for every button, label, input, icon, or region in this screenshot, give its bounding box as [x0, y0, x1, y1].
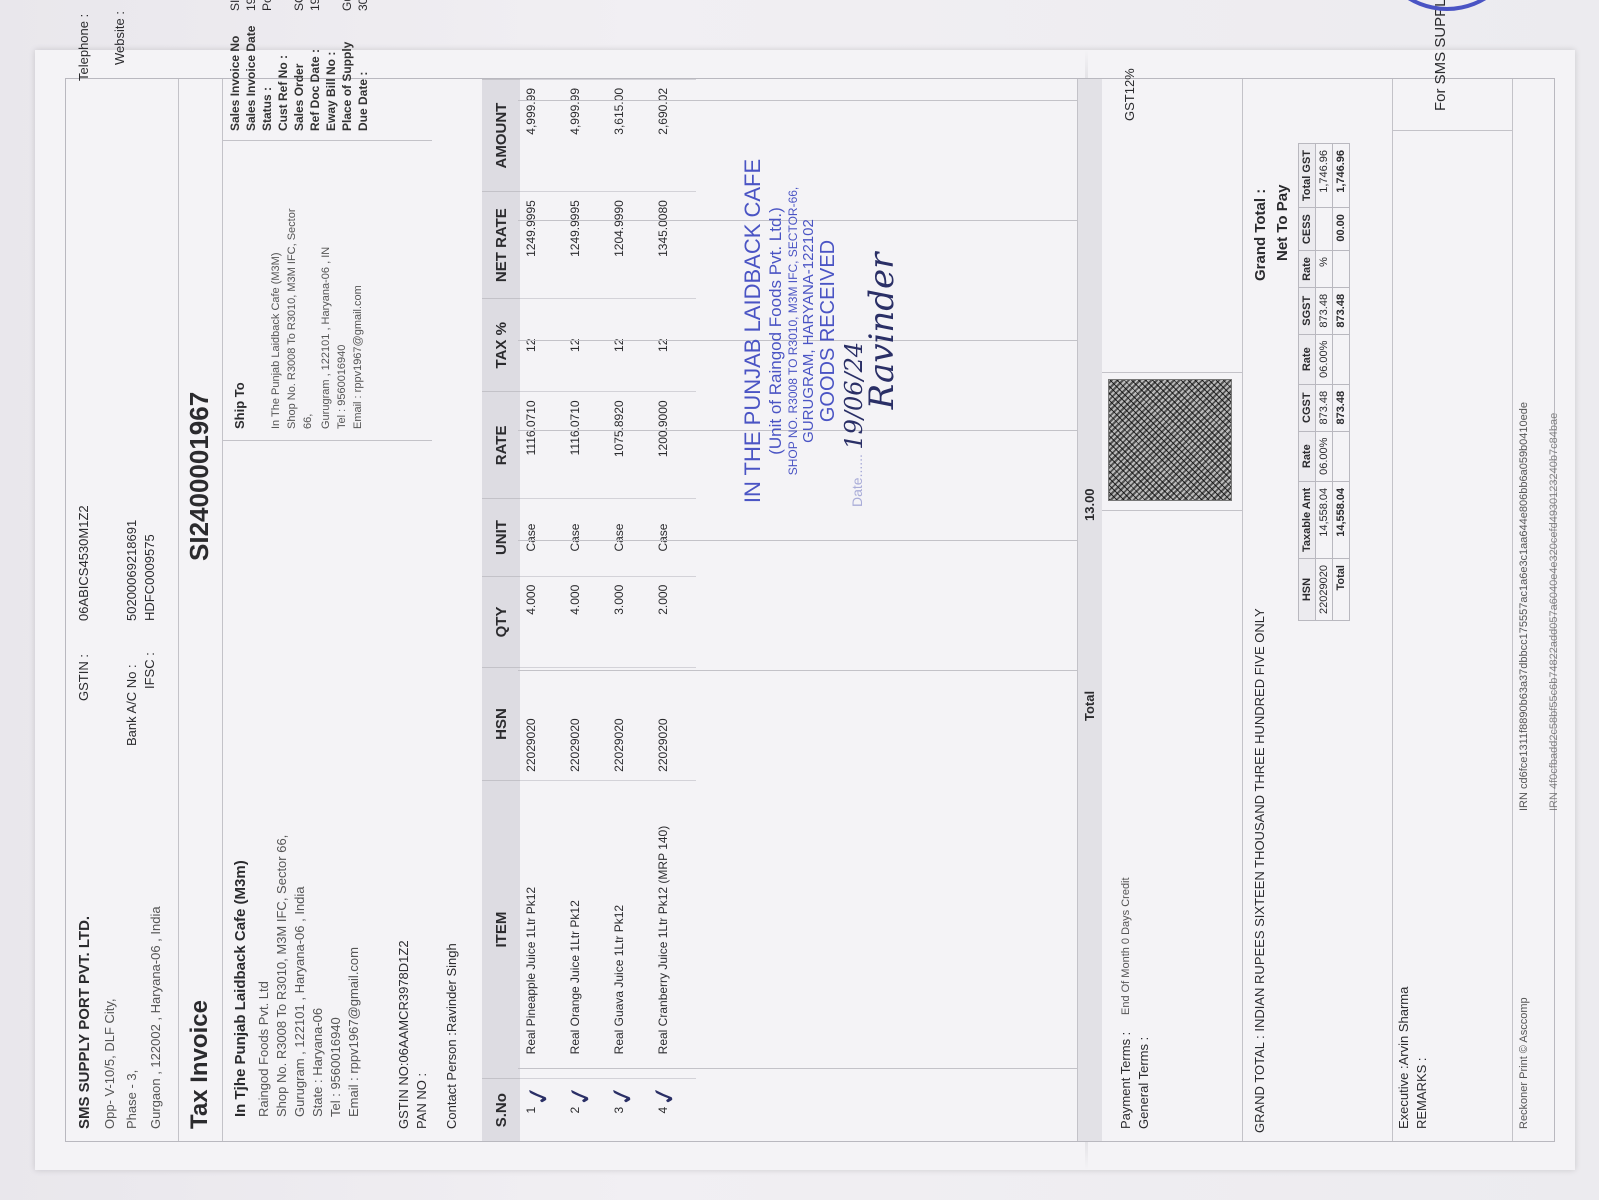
cell-item: Real Cranberry Juice 1Ltr Pk12 (MRP 140)	[652, 780, 696, 1079]
meta-label: Eway Bill No :	[324, 11, 340, 131]
bill-to-email: Email : rppv1967@gmail.com	[346, 947, 361, 1117]
gst-breakup-table: HSNTaxable AmtRateCGSTRateSGSTRateCESSTo…	[1298, 143, 1350, 621]
invoice-frame: SMS SUPPLY PORT PVT. LTD. Opp- V-10/5, D…	[65, 78, 1555, 1142]
invoice-meta-row: Sales OrderSO2406001224	[292, 0, 308, 131]
ship-to-address-1: Shop No. R3008 To R3010, M3M IFC, Sector	[286, 208, 298, 429]
cell-unit: Case	[564, 499, 608, 576]
bill-to-address: Shop No. R3008 To R3010, M3M IFC, Sector…	[274, 835, 289, 1117]
invoice-paper: SMS SUPPLY PORT PVT. LTD. Opp- V-10/5, D…	[35, 50, 1575, 1170]
cell-hsn: 22029020	[564, 668, 608, 781]
terms-section: Payment Terms : End Of Month 0 Days Cred…	[1102, 79, 1243, 1141]
cell-tax: 12	[564, 299, 608, 392]
table-row: 4Real Cranberry Juice 1Ltr Pk12 (MRP 140…	[652, 80, 696, 1142]
gst-cell: 22029020	[1316, 559, 1333, 621]
cell-net-rate: 1345.0080	[652, 192, 696, 299]
gst-total-cell: 14,558.04	[1333, 481, 1350, 558]
gst-total-cell: 873.48	[1333, 384, 1350, 431]
seller-name: SMS SUPPLY PORT PVT. LTD.	[76, 916, 93, 1129]
payment-terms-value: End Of Month 0 Days Credit	[1120, 877, 1132, 1015]
stamp-line-2: (Unit of Raingod Foods Pvt. Ltd.)	[766, 141, 786, 521]
amount-in-words: GRAND TOTAL : INDIAN RUPEES SIXTEEN THOU…	[1252, 608, 1267, 1133]
stamp-line-3: SHOP NO. R3008 TO R3010, M3M IFC, SECTOR…	[786, 141, 800, 521]
cell-amount: 4,999.99	[564, 80, 608, 192]
gst-column-header: Taxable Amt	[1299, 481, 1316, 558]
cell-item: Real Pineapple Juice 1Ltr Pk12	[520, 780, 564, 1079]
telephone-label: Telephone :	[76, 14, 91, 81]
net-to-pay-label: Net To Pay	[1274, 185, 1291, 261]
cell-rate: 1116.0710	[520, 392, 564, 499]
meta-label: Sales Order	[292, 11, 308, 131]
meta-label: Cust Ref No :	[276, 11, 292, 131]
cell-net-rate: 1204.9990	[608, 192, 652, 299]
column-header: AMOUNT	[482, 80, 520, 192]
ship-to-email: Email : rppv1967@gmail.com	[352, 285, 364, 429]
seller-header: SMS SUPPLY PORT PVT. LTD. Opp- V-10/5, D…	[66, 79, 179, 1141]
bill-to-name: In Tjhe Punjab Laidback Cafe (M3m)	[232, 860, 249, 1117]
invoice-meta-row: Sales Invoice NoSI2400001967	[228, 0, 244, 131]
irn-code: IRN cd6fce1311f8890b63a37dbbcc175557ac1a…	[1518, 402, 1530, 811]
ship-to-name: In The Punjab Laidback Cafe (M3M)	[270, 253, 282, 430]
title-row: Tax Invoice SI2400001967 Original	[178, 79, 223, 1141]
meta-value: Gurugram , Haryana-06	[340, 0, 356, 11]
gst-column-header: Rate	[1299, 334, 1316, 384]
table-row: 2Real Orange Juice 1Ltr Pk12220290204.00…	[564, 80, 608, 1142]
gst-cell: 873.48	[1316, 287, 1333, 334]
gst-row: 2202902014,558.0406.00%873.4806.00%873.4…	[1316, 143, 1333, 620]
gst-total-cell: 873.48	[1333, 287, 1350, 334]
gst-column-header: CESS	[1299, 208, 1316, 251]
gst-cell: 1,746.96	[1316, 143, 1333, 207]
table-row: 3Real Guava Juice 1Ltr Pk12220290203.000…	[608, 80, 652, 1142]
column-header: ITEM	[482, 780, 520, 1079]
cell-tax: 12	[520, 299, 564, 392]
gst-total-cell: 00.00	[1333, 208, 1350, 251]
ship-to-heading: Ship To	[232, 382, 247, 429]
items-section: S.NoITEMHSNQTYUNITRATETAX %NET RATEAMOUN…	[482, 79, 1102, 1141]
meta-label: Place of Supply	[340, 11, 356, 131]
gst-total-cell: Total	[1333, 559, 1350, 621]
gst-cell: 06.00%	[1316, 431, 1333, 481]
party-section: In Tjhe Punjab Laidback Cafe (M3m) Raing…	[222, 79, 483, 1141]
gst-total-cell: 1,746.96	[1333, 143, 1350, 207]
column-header: NET RATE	[482, 192, 520, 299]
gst-column-header: HSN	[1299, 559, 1316, 621]
column-header: HSN	[482, 668, 520, 781]
table-row: 1Real Pineapple Juice 1Ltr Pk12220290204…	[520, 80, 564, 1142]
print-credit: Reckoner Print © Asccomp	[1518, 997, 1530, 1129]
invoice-meta-row: Eway Bill No :	[324, 0, 340, 131]
invoice-meta-row: Place of SupplyGurugram , Haryana-06	[340, 0, 356, 131]
payment-terms-label: Payment Terms :	[1118, 1032, 1133, 1129]
for-company-label: For SMS SUPPLY PORT PVT. LTD.	[1432, 0, 1449, 111]
meta-value: 19-Jun-2024	[308, 0, 324, 11]
irn-code-next-page: IRN 4f0cfbadd2c58bf55c6b74822add057a6040…	[1548, 413, 1560, 811]
stamp-line-4: GURUGRAM, HARYANA-122102	[800, 141, 817, 521]
meta-label: Ref Doc Date :	[308, 11, 324, 131]
doc-title: Tax Invoice	[186, 1000, 214, 1129]
footer-section: Executive :Arvin Sharma REMARKS : For SM…	[1392, 79, 1513, 1141]
gst-cell: 14,558.04	[1316, 481, 1333, 558]
meta-label: Sales Invoice Date	[244, 11, 260, 131]
ifsc-value: HDFC0009575	[142, 534, 157, 621]
cell-qty: 4.000	[564, 576, 608, 668]
gst-rate-label: GST12%	[1122, 68, 1137, 121]
remarks-label: REMARKS :	[1414, 1057, 1429, 1129]
ifsc-label: IFSC :	[142, 652, 157, 689]
bank-label: Bank A/C No :	[124, 664, 139, 746]
bill-to-city: Gurugram , 122101 , Haryana-06 , India	[292, 886, 307, 1117]
cell-item: Real Orange Juice 1Ltr Pk12	[564, 780, 608, 1079]
executive-name: Executive :Arvin Sharma	[1396, 987, 1411, 1129]
invoice-meta-list: Sales Invoice NoSI2400001967Sales Invoic…	[228, 0, 372, 131]
gst-column-header: Rate	[1299, 251, 1316, 288]
cell-rate: 1075.8920	[608, 392, 652, 499]
gst-cell: 873.48	[1316, 384, 1333, 431]
cell-tax: 12	[608, 299, 652, 392]
handwritten-signature: Ravinder	[862, 141, 902, 521]
invoice-meta-row: Sales Invoice Date19-Jun-2024	[244, 0, 260, 131]
gst-column-header: CGST	[1299, 384, 1316, 431]
cell-amount: 4,999.99	[520, 80, 564, 192]
contact-person: Contact Person :Ravinder Singh	[444, 943, 459, 1129]
cell-net-rate: 1249.9995	[564, 192, 608, 299]
cell-amount: 2,690.02	[652, 80, 696, 192]
bill-to-tel: Tel : 9560016940	[328, 1017, 343, 1117]
bill-to-gstin: GSTIN NO:06AAMCR3978D1Z2	[396, 940, 411, 1129]
cell-hsn: 22029020	[608, 668, 652, 781]
cell-qty: 2.000	[652, 576, 696, 668]
gst-cell: %	[1316, 251, 1333, 288]
meta-label: Sales Invoice No	[228, 11, 244, 131]
invoice-meta-row: Status :Posted	[260, 0, 276, 131]
column-header: RATE	[482, 392, 520, 499]
gst-total-cell	[1333, 334, 1350, 384]
company-round-stamp	[1372, 0, 1522, 11]
gst-column-header: Total GST	[1299, 143, 1316, 207]
bill-to-state: State : Haryana-06	[310, 1008, 325, 1117]
stamp-date-label: Date......	[849, 454, 865, 507]
meta-value: 30-Jun-2024	[356, 0, 372, 11]
gst-cell: 06.00%	[1316, 334, 1333, 384]
gstin-value: 06ABICS4530M1Z2	[76, 505, 91, 621]
bill-to-pan: PAN NO :	[414, 1073, 429, 1129]
cell-qty: 4.000	[520, 576, 564, 668]
cell-hsn: 22029020	[652, 668, 696, 781]
bank-value: 50200069218691	[124, 520, 139, 621]
stamp-line-5: GOODS RECEIVED	[817, 141, 840, 521]
grand-total-label: Grand Total :	[1252, 189, 1269, 281]
ship-to-tel: Tel : 9560016940	[336, 345, 348, 429]
cell-unit: Case	[652, 499, 696, 576]
ship-to-city: Gurugram , 122101 , Haryana-06 , IN	[320, 247, 332, 429]
meta-value: Posted	[260, 0, 276, 11]
cell-net-rate: 1249.9995	[520, 192, 564, 299]
invoice-meta-row: Ref Doc Date :19-Jun-2024	[308, 0, 324, 131]
cell-hsn: 22029020	[520, 668, 564, 781]
gst-total-cell	[1333, 431, 1350, 481]
cell-unit: Case	[520, 499, 564, 576]
stamp-line-1: IN THE PUNJAB LAIDBACK CAFE	[740, 141, 766, 521]
gst-total-row: Total14,558.04873.48873.4800.001,746.96	[1333, 143, 1350, 620]
column-header: S.No	[482, 1079, 520, 1141]
seller-address-2: Phase - 3,	[124, 1070, 139, 1129]
gst-total-cell	[1333, 251, 1350, 288]
meta-value: SO2406001224	[292, 0, 308, 11]
invoice-meta-row: Cust Ref No :	[276, 0, 292, 131]
column-header: QTY	[482, 576, 520, 668]
meta-label: Status :	[260, 11, 276, 131]
cell-rate: 1200.9000	[652, 392, 696, 499]
totals-section: GRAND TOTAL : INDIAN RUPEES SIXTEEN THOU…	[1242, 79, 1393, 1141]
meta-label: Due Date :	[356, 11, 372, 131]
general-terms-label: General Terms :	[1136, 1037, 1151, 1129]
gstin-label: GSTIN :	[76, 654, 91, 701]
cell-item: Real Guava Juice 1Ltr Pk12	[608, 780, 652, 1079]
bill-to-company: Raingod Foods Pvt. Ltd	[256, 981, 271, 1117]
items-total-row: Total 13.00 16,305.00	[1077, 79, 1102, 1141]
total-qty: 13.00	[1082, 488, 1097, 521]
cell-amount: 3,615.00	[608, 80, 652, 192]
cell-rate: 1116.0710	[564, 392, 608, 499]
cell-unit: Case	[608, 499, 652, 576]
qr-code	[1108, 379, 1232, 501]
gst-column-header: SGST	[1299, 287, 1316, 334]
cell-qty: 3.000	[608, 576, 652, 668]
seller-address-3: Gurgaon , 122002 , Haryana-06 , India	[148, 906, 163, 1129]
column-header: TAX %	[482, 299, 520, 392]
column-header: UNIT	[482, 499, 520, 576]
seller-address-1: Opp- V-10/5, DLF City,	[102, 998, 117, 1129]
ship-to-address-2: 66,	[302, 414, 314, 429]
gst-cell	[1316, 208, 1333, 251]
website-label: Website :	[112, 11, 127, 65]
gst-column-header: Rate	[1299, 431, 1316, 481]
cell-tax: 12	[652, 299, 696, 392]
goods-received-stamp: IN THE PUNJAB LAIDBACK CAFE (Unit of Rai…	[740, 141, 902, 521]
invoice-meta-row: Due Date :30-Jun-2024	[356, 0, 372, 131]
total-label: Total	[1082, 691, 1097, 721]
invoice-number: SI2400001967	[184, 392, 215, 561]
items-table: S.NoITEMHSNQTYUNITRATETAX %NET RATEAMOUN…	[482, 79, 696, 1141]
meta-value: 19-Jun-2024	[244, 0, 260, 11]
meta-value: SI2400001967	[228, 0, 244, 11]
